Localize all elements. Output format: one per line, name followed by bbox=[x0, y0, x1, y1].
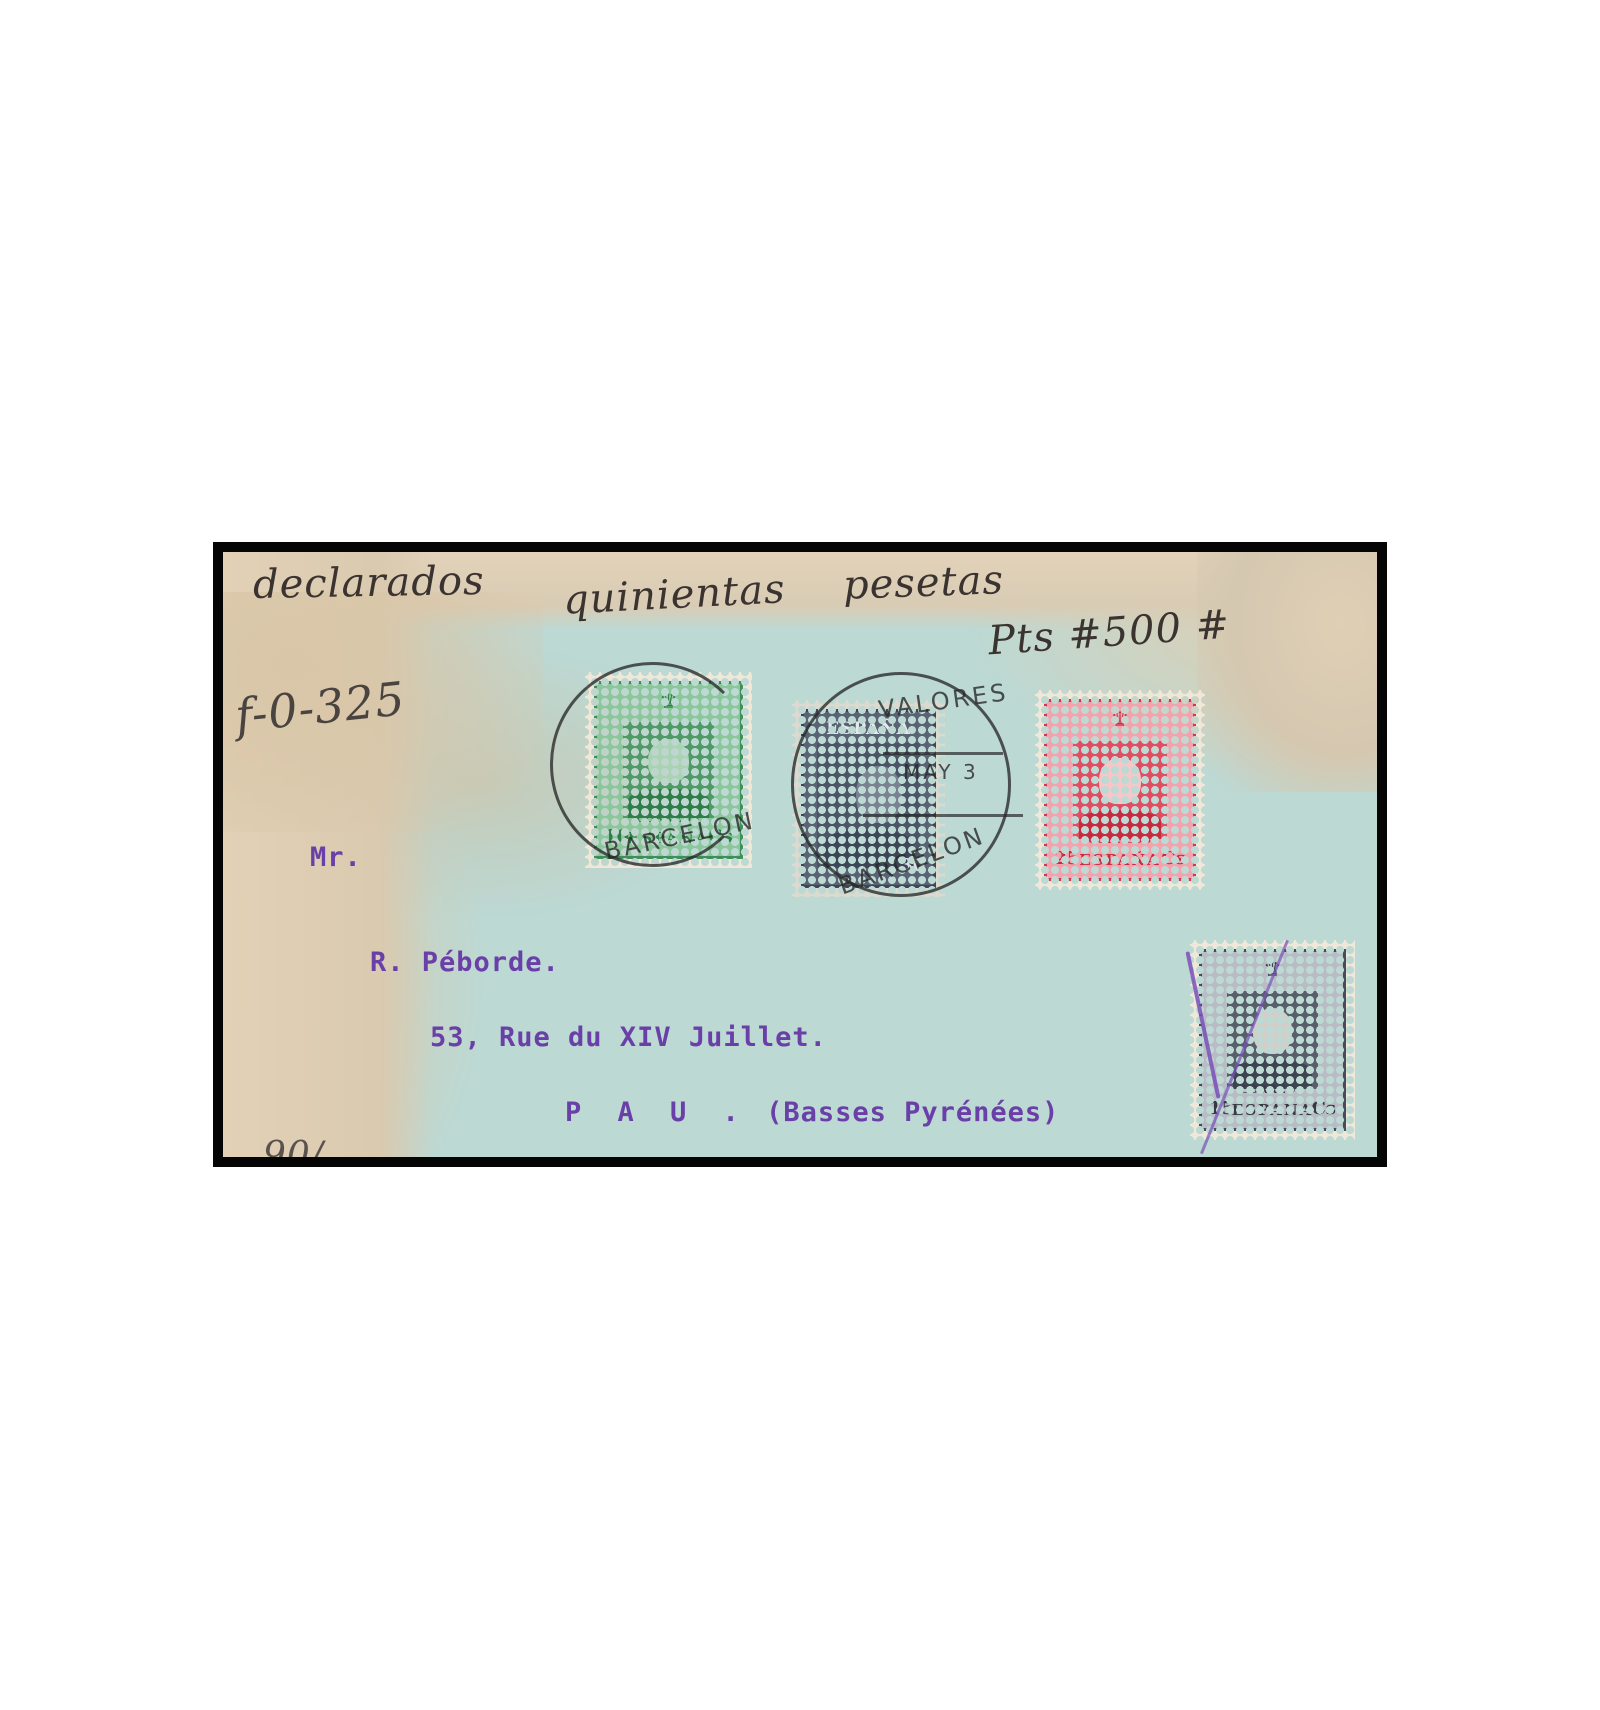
stamp-value: 25 bbox=[1054, 848, 1079, 869]
address-salutation: Mr. bbox=[310, 842, 362, 873]
stamp-portrait bbox=[1227, 991, 1317, 1090]
handwritten-declarados: declarados bbox=[253, 558, 485, 608]
envelope-paper: declarados quinientas pesetas Pts #500 #… bbox=[223, 552, 1377, 1157]
stamp-portrait bbox=[1073, 741, 1166, 840]
address-name: R. Péborde. bbox=[370, 947, 560, 978]
aged-stain-right bbox=[1197, 552, 1377, 792]
cover-frame: declarados quinientas pesetas Pts #500 #… bbox=[213, 542, 1387, 1167]
postmark-bar bbox=[863, 814, 1023, 817]
handwritten-bottom-fragment: 90/ bbox=[263, 1135, 324, 1157]
crown-icon: ♛ bbox=[1111, 709, 1129, 729]
stamp-caption: CORREOS bbox=[1047, 835, 1193, 846]
stamp-unit: Cs bbox=[1161, 848, 1185, 869]
address-region: (Basses Pyrénées) bbox=[766, 1097, 1059, 1128]
handwritten-pesetas: pesetas bbox=[842, 557, 1004, 609]
stamp-25c-red: ♛ CORREOS ESPAÑA 25 Cs bbox=[1035, 690, 1205, 890]
stamp-15c-grey: ♛ CORREOS ESPAÑA 15 Cs bbox=[1190, 940, 1355, 1140]
postmark-bar bbox=[883, 752, 1003, 755]
address-street: 53, Rue du XIV Juillet. bbox=[430, 1022, 827, 1053]
address-city-prefix: P A U . bbox=[565, 1097, 749, 1128]
stamp-unit: Cs bbox=[1311, 1098, 1335, 1119]
address-city: P A U . (Basses Pyrénées) bbox=[565, 1097, 1059, 1128]
postmark-date: MAY 3 bbox=[903, 760, 979, 784]
